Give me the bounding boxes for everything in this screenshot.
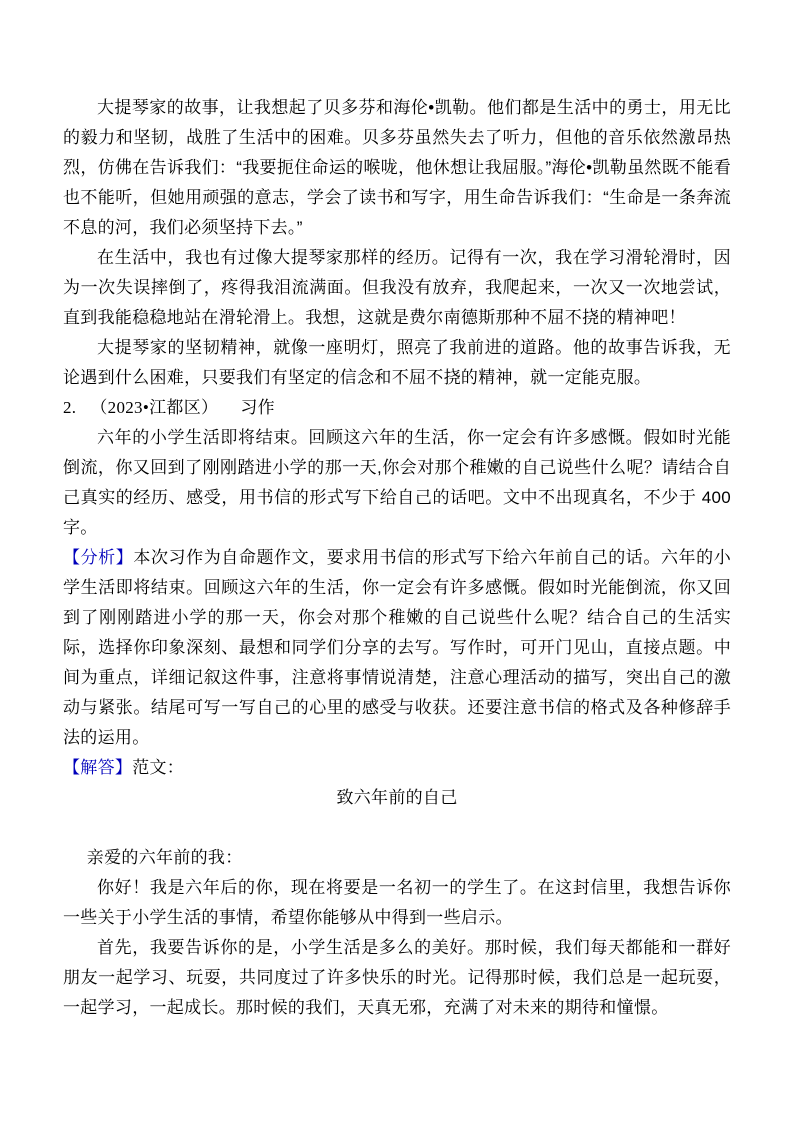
exercise-source: （2023•江都区） xyxy=(90,398,218,417)
model-essay-title: 致六年前的自己 xyxy=(63,783,731,813)
essay-paragraph-experience: 在生活中，我也有过像大提琴家那样的经历。记得有一次，我在学习滑轮滑时，因为一次失… xyxy=(63,243,731,333)
document-page: 大提琴家的故事，让我想起了贝多芬和海伦•凯勒。他们都是生活中的勇士，用无比的毅力… xyxy=(0,0,794,1123)
model-essay-paragraph-1: 你好！我是六年后的你，现在将要是一名初一的学生了。在这封信里，我想告诉你一些关于… xyxy=(63,873,731,933)
essay-paragraph-cellist: 大提琴家的故事，让我想起了贝多芬和海伦•凯勒。他们都是生活中的勇士，用无比的毅力… xyxy=(63,93,731,243)
analysis-paragraph: 【分析】本次习作为自命题作文，要求用书信的形式写下给六年前自己的话。六年的小学生… xyxy=(63,543,731,753)
exercise-prompt: 六年的小学生活即将结束。回顾这六年的生活，你一定会有许多感慨。假如时光能倒流，你… xyxy=(63,423,731,543)
analysis-text: 本次习作为自命题作文，要求用书信的形式写下给六年前自己的话。六年的小学生活即将结… xyxy=(63,548,731,747)
analysis-label: 【分析】 xyxy=(63,548,133,567)
exercise-number: 2. xyxy=(63,398,76,417)
model-essay-paragraph-2: 首先，我要告诉你的是，小学生活是多么的美好。那时候，我们每天都能和一群好朋友一起… xyxy=(63,933,731,1023)
blank-line xyxy=(63,813,731,843)
essay-p1-text-after-quote: 必须坚持下去。” xyxy=(184,218,303,237)
answer-text: 范文： xyxy=(132,758,184,777)
exercise-type-label: 习作 xyxy=(240,398,275,417)
exercise-heading: 2.（2023•江都区）习作 xyxy=(63,393,731,423)
essay-paragraph-conclusion: 大提琴家的坚韧精神，就像一座明灯，照亮了我前进的道路。他的故事告诉我，无论遇到什… xyxy=(63,333,731,393)
model-essay-salutation: 亲爱的六年前的我： xyxy=(63,843,731,873)
answer-paragraph: 【解答】范文： xyxy=(63,753,731,783)
answer-label: 【解答】 xyxy=(63,758,132,777)
